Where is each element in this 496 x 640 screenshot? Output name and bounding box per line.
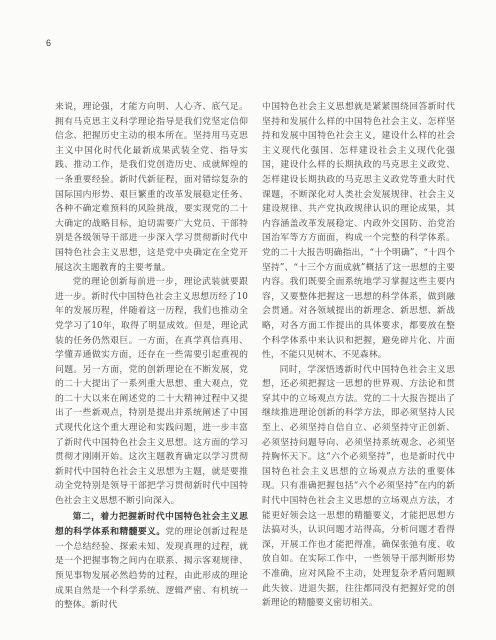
paragraph-text: 党的理论创新过程是一个总结经验、探索未知、发现真理的过程，就是一个把握事物之间内… (55, 527, 248, 610)
paragraph: 第二，着力把握新时代中国特色社会主义思想的科学体系和精髓要义。党的理论创新过程是… (55, 509, 248, 613)
paragraph: 同时，学深悟透新时代中国特色社会主义思想，还必须把握这一思想的世界观、方法论和贯… (262, 363, 455, 611)
page-number: 6 (46, 38, 51, 48)
paragraph: 中国特色社会主义思想就是紧紧围绕回答新时代坚持和发展什么样的中国特色社会主义、怎… (262, 100, 455, 363)
text-columns: 来说，理论强，才能方向明、人心齐、底气足。拥有马克思主义科学理论指导是我们党坚定… (55, 100, 455, 613)
left-column: 来说，理论强，才能方向明、人心齐、底气足。拥有马克思主义科学理论指导是我们党坚定… (55, 100, 248, 613)
paragraph: 党的理论创新每前进一步，理论武装就要跟进一步。新时代中国特色社会主义思想历经了1… (55, 275, 248, 509)
paragraph: 来说，理论强，才能方向明、人心齐、底气足。拥有马克思主义科学理论指导是我们党坚定… (55, 100, 248, 275)
document-page: 6 来说，理论强，才能方向明、人心齐、底气足。拥有马克思主义科学理论指导是我们党… (0, 0, 496, 640)
right-column: 中国特色社会主义思想就是紧紧围绕回答新时代坚持和发展什么样的中国特色社会主义、怎… (262, 100, 455, 613)
